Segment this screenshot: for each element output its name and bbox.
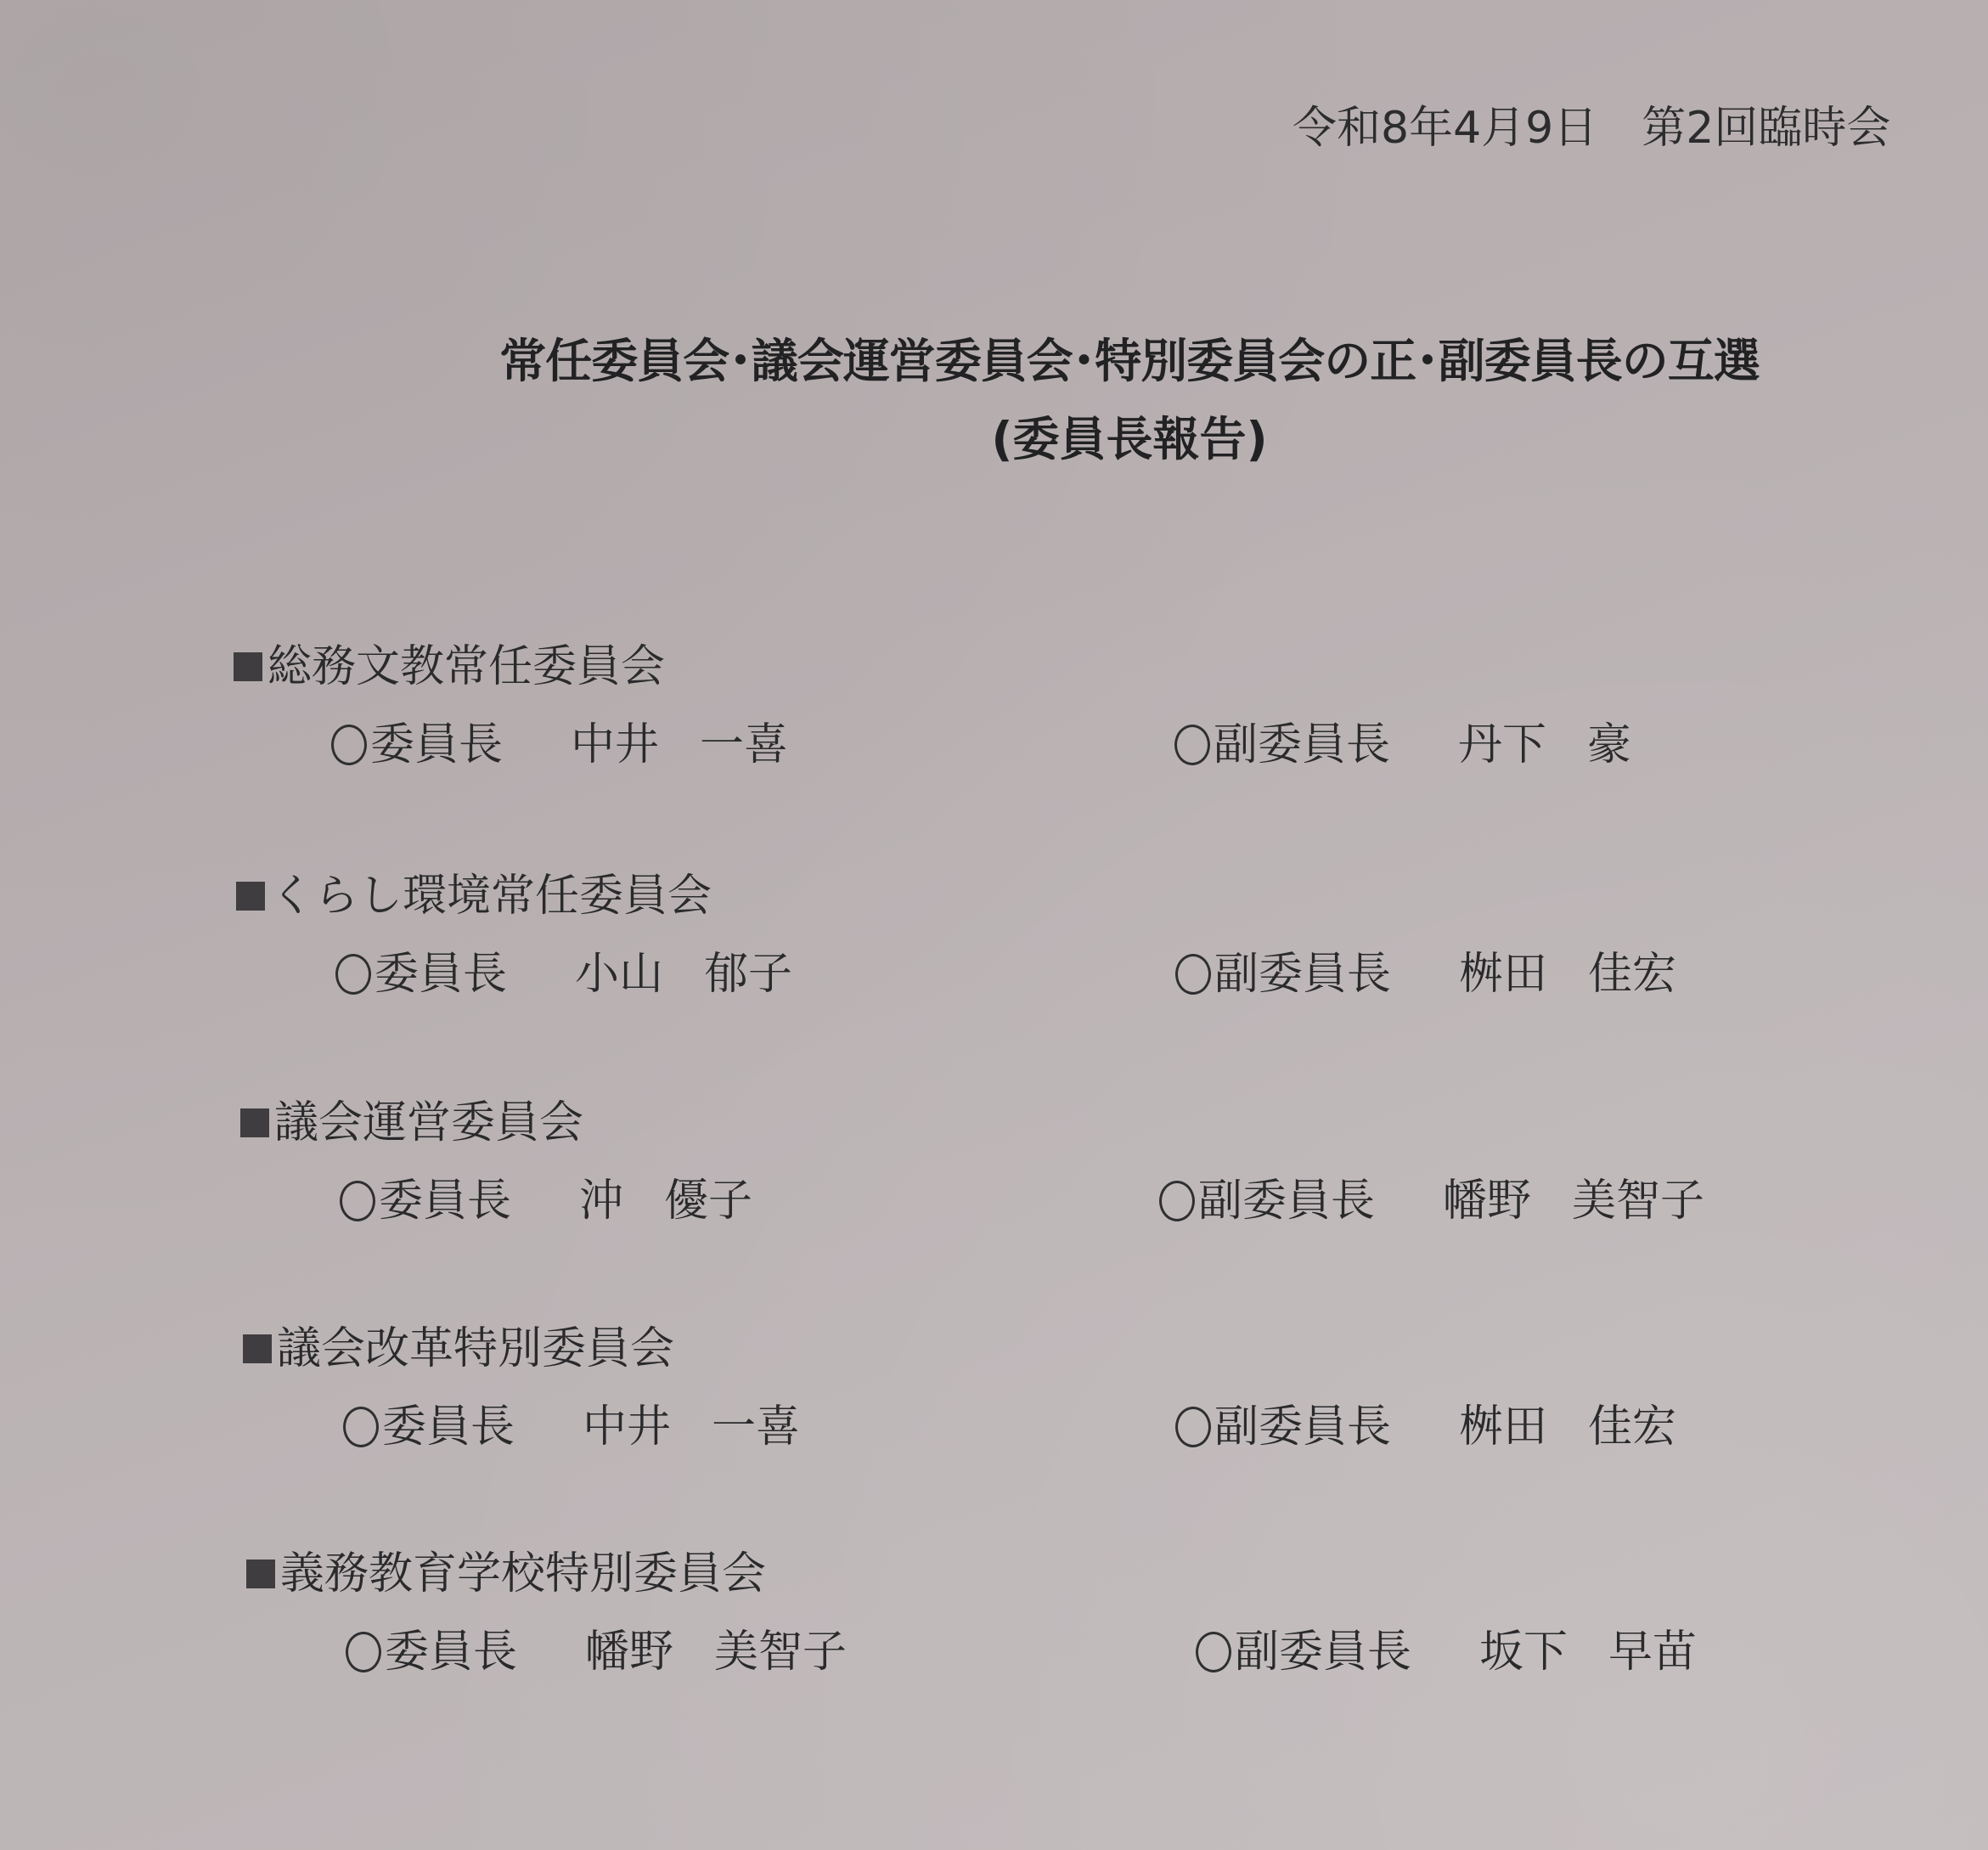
committee-heading: 義務教育学校特別委員会 — [246, 1544, 1860, 1604]
family-name: 幡野 — [585, 1627, 673, 1678]
vice-chair-name: 幡野美智子 — [1443, 1171, 1704, 1231]
chair-name: 小山郁子 — [575, 945, 792, 1004]
family-name: 幡野 — [1443, 1176, 1531, 1227]
committee-members: 委員長 小山郁子 副委員長 桝田佳宏 — [236, 945, 1850, 1004]
role-label: 委員長 — [382, 1397, 515, 1457]
role-label: 副委員長 — [1235, 1622, 1411, 1682]
title-main: 常任委員会･議会運営委員会･特別委員会の正･副委員長の互選 — [425, 327, 1834, 395]
chair-entry: 委員長 沖優子 — [340, 1171, 752, 1231]
chair-entry: 委員長 幡野美智子 — [346, 1622, 847, 1682]
given-name: 佳宏 — [1588, 1402, 1676, 1452]
family-name: 桝田 — [1459, 1402, 1547, 1452]
role-label: 副委員長 — [1214, 715, 1390, 775]
white-circle-icon — [346, 1632, 381, 1672]
committee-heading: くらし環境常任委員会 — [236, 866, 1850, 926]
committee-section: 義務教育学校特別委員会 委員長 幡野美智子 副委員長 坂下早苗 — [246, 1544, 1860, 1682]
title-subtitle: (委員長報告) — [425, 405, 1834, 473]
white-circle-icon — [331, 725, 367, 765]
white-circle-icon — [1175, 954, 1211, 995]
white-circle-icon — [343, 1407, 379, 1447]
white-circle-icon — [1159, 1181, 1195, 1221]
role-label: 副委員長 — [1214, 1397, 1391, 1457]
black-square-icon — [234, 652, 262, 681]
meeting-date: 令和8年4月9日 — [1292, 103, 1597, 154]
white-circle-icon — [335, 954, 371, 995]
committee-name: くらし環境常任委員会 — [270, 866, 712, 926]
role-label: 委員長 — [375, 945, 507, 1004]
white-circle-icon — [340, 1181, 375, 1221]
chair-name: 中井一喜 — [583, 1397, 800, 1457]
committee-section: 総務文教常任委員会 委員長 中井一喜 副委員長 丹下豪 — [234, 637, 1847, 775]
family-name: 中井 — [583, 1402, 671, 1452]
committee-name: 議会運営委員会 — [274, 1093, 583, 1153]
given-name: 一喜 — [700, 719, 788, 770]
white-circle-icon — [1196, 1632, 1231, 1672]
vice-chair-name: 坂下早苗 — [1479, 1622, 1697, 1682]
white-circle-icon — [1174, 725, 1210, 765]
black-square-icon — [236, 882, 265, 911]
given-name: 郁子 — [704, 949, 792, 1000]
black-square-icon — [243, 1334, 272, 1363]
committee-section: 議会改革特別委員会 委員長 中井一喜 副委員長 桝田佳宏 — [243, 1319, 1856, 1457]
committee-members: 委員長 沖優子 副委員長 幡野美智子 — [240, 1171, 1854, 1231]
family-name: 丹下 — [1458, 719, 1546, 770]
chair-entry: 委員長 中井一喜 — [331, 715, 788, 775]
committee-section: 議会運営委員会 委員長 沖優子 副委員長 幡野美智子 — [240, 1093, 1854, 1231]
given-name: 佳宏 — [1588, 949, 1676, 1000]
committee-heading: 議会改革特別委員会 — [243, 1319, 1856, 1379]
committee-name: 総務文教常任委員会 — [268, 637, 665, 697]
vice-chair-entry: 副委員長 丹下豪 — [1174, 715, 1631, 775]
family-name: 沖 — [579, 1176, 623, 1227]
role-label: 副委員長 — [1198, 1171, 1375, 1231]
vice-chair-name: 丹下豪 — [1458, 715, 1631, 775]
committee-heading: 総務文教常任委員会 — [234, 637, 1847, 697]
vice-chair-entry: 副委員長 桝田佳宏 — [1175, 1397, 1676, 1457]
chair-name: 幡野美智子 — [585, 1622, 847, 1682]
given-name: 美智子 — [1572, 1176, 1704, 1227]
committee-name: 義務教育学校特別委員会 — [280, 1544, 766, 1604]
document-title: 常任委員会･議会運営委員会･特別委員会の正･副委員長の互選 (委員長報告) — [425, 327, 1834, 473]
vice-chair-entry: 副委員長 坂下早苗 — [1196, 1622, 1697, 1682]
family-name: 桝田 — [1459, 949, 1547, 1000]
committee-members: 委員長 中井一喜 副委員長 丹下豪 — [234, 715, 1847, 775]
given-name: 豪 — [1587, 719, 1631, 770]
session-name: 第2回臨時会 — [1642, 103, 1890, 154]
committee-heading: 議会運営委員会 — [240, 1093, 1854, 1153]
role-label: 委員長 — [385, 1622, 517, 1682]
black-square-icon — [246, 1560, 275, 1588]
date-session-line: 令和8年4月9日第2回臨時会 — [1292, 92, 1890, 155]
white-circle-icon — [1175, 1407, 1211, 1447]
vice-chair-entry: 副委員長 幡野美智子 — [1159, 1171, 1704, 1231]
committee-members: 委員長 中井一喜 副委員長 桝田佳宏 — [243, 1397, 1856, 1457]
chair-entry: 委員長 中井一喜 — [343, 1397, 800, 1457]
family-name: 小山 — [575, 949, 663, 1000]
committee-section: くらし環境常任委員会 委員長 小山郁子 副委員長 桝田佳宏 — [236, 866, 1850, 1004]
chair-name: 沖優子 — [579, 1171, 752, 1231]
role-label: 委員長 — [370, 715, 503, 775]
committee-name: 議会改革特別委員会 — [277, 1319, 674, 1379]
given-name: 優子 — [664, 1176, 752, 1227]
vice-chair-entry: 副委員長 桝田佳宏 — [1175, 945, 1676, 1004]
vice-chair-name: 桝田佳宏 — [1459, 1397, 1676, 1457]
given-name: 一喜 — [712, 1402, 800, 1452]
black-square-icon — [240, 1108, 269, 1137]
given-name: 早苗 — [1608, 1627, 1697, 1678]
family-name: 坂下 — [1479, 1627, 1568, 1678]
role-label: 副委員長 — [1214, 945, 1391, 1004]
committee-members: 委員長 幡野美智子 副委員長 坂下早苗 — [246, 1622, 1860, 1682]
chair-name: 中井一喜 — [571, 715, 788, 775]
role-label: 委員長 — [379, 1171, 511, 1231]
vice-chair-name: 桝田佳宏 — [1459, 945, 1676, 1004]
chair-entry: 委員長 小山郁子 — [335, 945, 792, 1004]
given-name: 美智子 — [714, 1627, 847, 1678]
family-name: 中井 — [571, 719, 659, 770]
